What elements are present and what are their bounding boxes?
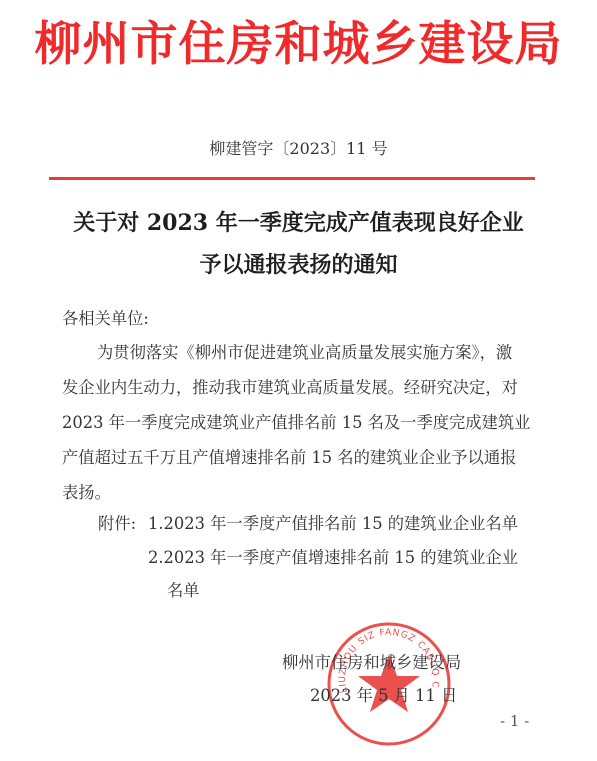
red-divider bbox=[49, 177, 535, 180]
notice-title-line-1: 关于对 2023 年一季度完成产值表现良好企业 bbox=[0, 208, 597, 238]
document-number: 柳建管字〔2023〕11 号 bbox=[0, 136, 597, 159]
body-line: 为贯彻落实《柳州市促进建筑业高质量发展实施方案》，激 bbox=[97, 342, 512, 364]
body-line: 发企业内生动力，推动我市建筑业高质量发展。经研究决定，对 bbox=[62, 377, 518, 399]
attachments-label: 附件: bbox=[98, 513, 136, 535]
issue-date: 2023 年 5 月 11 日 bbox=[310, 685, 457, 707]
body-line: 产值超过五千万且产值增速排名前 15 名的建筑业企业予以通报 bbox=[62, 447, 516, 469]
notice-title-line-2: 予以通报表扬的通知 bbox=[0, 250, 597, 280]
attachment-item-continued: 名单 bbox=[167, 580, 200, 602]
page-number: - 1 - bbox=[500, 712, 529, 730]
masthead-title: 柳州市住房和城乡建设局 bbox=[0, 14, 597, 76]
salutation: 各相关单位: bbox=[62, 308, 149, 330]
body-line: 表扬。 bbox=[62, 482, 111, 504]
official-seal-icon: LIUZHOU SIZ FANGZ CAEUQ CWNGZYANGH GENSE… bbox=[325, 620, 453, 748]
attachment-item: 1.2023 年一季度产值排名前 15 的建筑业企业名单 bbox=[148, 513, 518, 535]
body-line: 2023 年一季度完成建筑业产值排名前 15 名及一季度完成建筑业 bbox=[62, 412, 530, 434]
attachment-item: 2.2023 年一季度产值增速排名前 15 的建筑业企业 bbox=[148, 547, 518, 569]
issuer-name: 柳州市住房和城乡建设局 bbox=[282, 652, 461, 674]
